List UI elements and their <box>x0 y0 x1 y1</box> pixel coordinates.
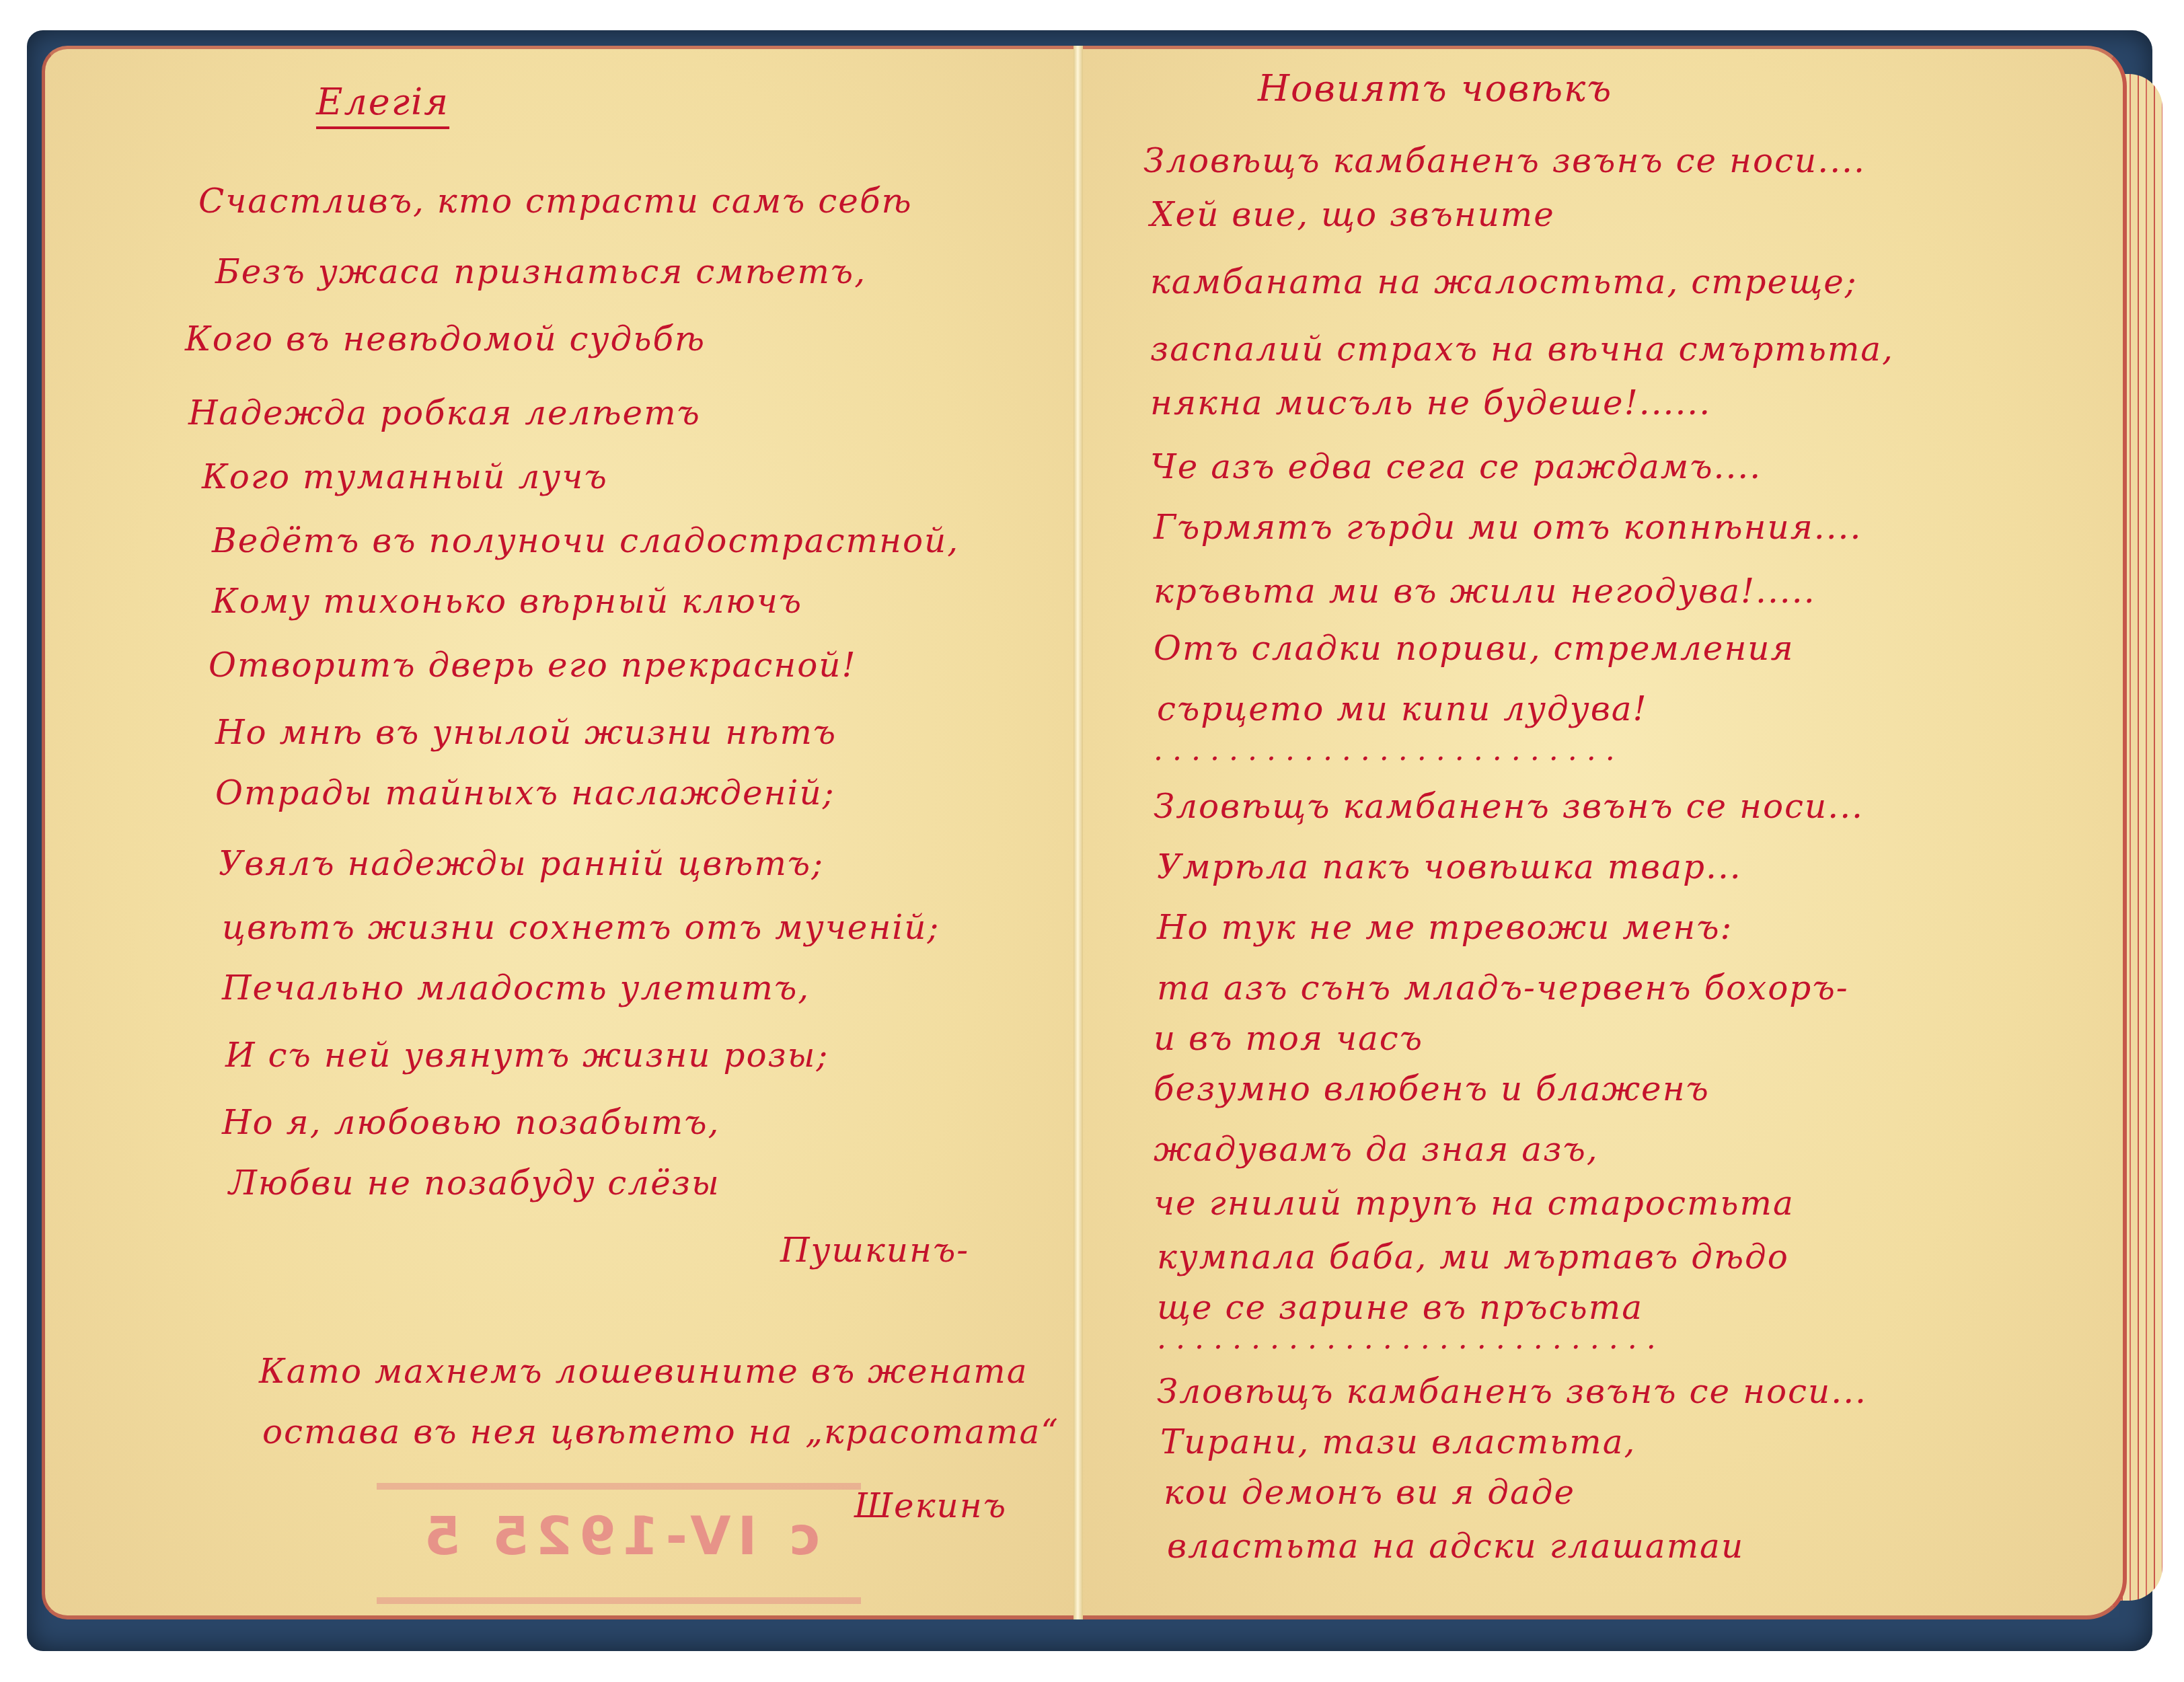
right-poem-line: че гнилий трупъ на старостьта <box>1154 1184 1795 1223</box>
right-poem-line: заспалий страхъ на вѣчна смъртьта, <box>1150 330 1894 369</box>
dotted-separator: ......................... <box>1154 733 1624 767</box>
left-poem-line: Кого туманный лучъ <box>202 457 608 496</box>
left-poem-line: Отворитъ дверь его прекрасной! <box>209 646 857 685</box>
right-poem-line: камбаната на жалостьта, стреще; <box>1150 262 1858 301</box>
right-poem-line: Умрѣла пакъ човѣшка твар... <box>1157 847 1742 886</box>
quote-line: остава въ нея цвѣтето на „красотата“ <box>262 1412 1059 1451</box>
right-poem-line: Хей вие, що звъните <box>1150 195 1555 234</box>
pushkin-signature: Пушкинъ- <box>780 1231 969 1270</box>
left-poem-line: Увялъ надежды ранній цвѣтъ; <box>219 844 824 883</box>
right-poem-line: Гърмятъ гърди ми отъ копнѣния.... <box>1154 508 1862 547</box>
right-poem-title: Новиятъ човѣкъ <box>1258 67 1612 110</box>
right-poem-line: Тирани, тази властьта, <box>1160 1422 1636 1461</box>
quote-signature: Шекинъ <box>854 1486 1007 1525</box>
left-poem-line: Счастливъ, кто страсти самъ себѣ <box>198 182 913 221</box>
left-poem-line: Безъ ужаса признаться смѣетъ, <box>215 252 866 291</box>
quote-line: Като махнемъ лошевините въ жената <box>259 1352 1028 1391</box>
right-poem-line: та азъ сънъ младъ-червенъ бохоръ- <box>1157 968 1849 1007</box>
right-poem-line: Зловѣщъ камбаненъ звънъ се носи... <box>1157 1372 1867 1411</box>
left-poem-line: Ведётъ въ полуночи сладострастной, <box>212 521 959 560</box>
mirrored-date-stamp: с IV-1925 5 <box>377 1483 861 1604</box>
left-poem-title: Елегія <box>316 81 449 123</box>
right-poem-line: някна мисъль не будеше!...... <box>1150 383 1711 422</box>
right-poem-line: кръвьта ми въ жили негодува!..... <box>1154 572 1816 611</box>
left-poem-line: Но я, любовью позабытъ, <box>222 1103 720 1142</box>
right-poem-line: безумно влюбенъ и блаженъ <box>1154 1069 1710 1108</box>
right-poem-line: Отъ сладки пориви, стремления <box>1154 629 1795 668</box>
left-poem-line: И съ ней увянутъ жизни розы; <box>225 1036 829 1075</box>
left-poem-line: Отрады тайныхъ наслажденій; <box>215 773 835 812</box>
left-poem-line: цвѣтъ жизни сохнетъ отъ мученій; <box>222 908 940 947</box>
right-poem-line: сърцето ми кипи лудува! <box>1157 689 1648 728</box>
right-poem-line: Но тук не ме тревожи менъ: <box>1157 908 1733 947</box>
left-poem-line: Печально младость улетитъ, <box>222 968 810 1007</box>
right-poem-line: Че азъ едва сега се раждамъ.... <box>1150 447 1762 486</box>
left-poem-line: Кому тихонько вѣрный ключъ <box>212 582 802 621</box>
right-poem-line: жадувамъ да зная азъ, <box>1154 1130 1599 1169</box>
right-poem-line: Зловѣщъ камбаненъ звънъ се носи... <box>1154 787 1864 826</box>
right-poem-line: кумпала баба, ми мъртавъ дѣдо <box>1157 1237 1789 1276</box>
right-poem-line: Зловѣщъ камбаненъ звънъ се носи.... <box>1143 141 1866 180</box>
right-poem-line: и въ тоя часъ <box>1154 1019 1423 1058</box>
right-poem-line: кои демонъ ви я даде <box>1164 1473 1575 1512</box>
left-poem-line: Надежда робкая лелѣетъ <box>188 393 701 432</box>
right-poem-line: властьта на адски глашатаи <box>1167 1527 1744 1566</box>
dotted-separator: ........................... <box>1157 1322 1665 1356</box>
left-poem-line: Кого въ невѣдомой судьбѣ <box>185 319 706 358</box>
left-poem-line: Любви не позабуду слёзы <box>229 1163 720 1202</box>
left-poem-line: Но мнѣ въ унылой жизни нѣтъ <box>215 713 837 752</box>
book-gutter <box>1074 46 1083 1619</box>
